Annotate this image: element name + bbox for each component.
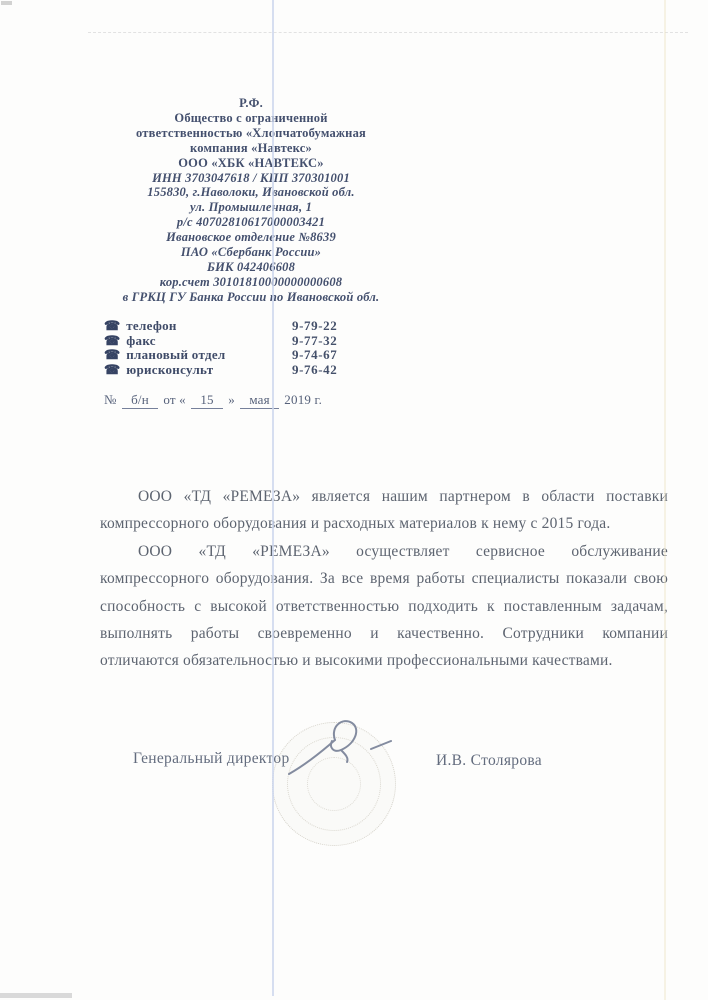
contact-number: 9-76-42 bbox=[292, 362, 337, 378]
street-line: ул. Промышленная, 1 bbox=[90, 200, 412, 215]
scan-bottom-smudge bbox=[0, 993, 72, 998]
letterhead-line: ответственностью «Хлопчатобумажная bbox=[90, 126, 412, 141]
ref-quote-close: » bbox=[228, 392, 235, 408]
ref-no-sign: № bbox=[104, 392, 117, 408]
contact-label: телефон bbox=[126, 318, 176, 333]
bank-name-line: ПАО «Сбербанк России» bbox=[90, 245, 412, 260]
contact-number: 9-74-67 bbox=[292, 347, 337, 363]
body-line: отличаются обязательностью и высокими пр… bbox=[100, 647, 668, 674]
bik-line: БИК 042406608 bbox=[90, 260, 412, 275]
fold-line-artifact bbox=[272, 0, 274, 996]
ref-day: 15 bbox=[191, 392, 222, 409]
signer-title: Генеральный директор bbox=[133, 750, 290, 768]
inn-kpp-line: ИНН 3703047618 / КПП 370301001 bbox=[90, 171, 412, 186]
body-line: способность с высокой ответственностью п… bbox=[100, 593, 668, 620]
contact-row: ☎ плановый отдел 9-74-67 bbox=[104, 347, 424, 362]
company-name: ООО «ХБК «НАВТЕКС» bbox=[90, 156, 412, 171]
letterhead-line: Общество с ограниченной bbox=[90, 111, 412, 126]
address-line: 155830, г.Наволоки, Ивановской обл. bbox=[90, 185, 412, 200]
contact-row: ☎ телефон 9-79-22 bbox=[104, 318, 424, 333]
letter-body: ООО «ТД «РЕМЕЗА» является нашим партнеро… bbox=[100, 483, 668, 675]
body-line: компрессорного оборудования и расходных … bbox=[100, 510, 668, 537]
contact-label: плановый отдел bbox=[126, 347, 225, 362]
contacts-block: ☎ телефон 9-79-22 ☎ факс 9-77-32 ☎ плано… bbox=[104, 318, 424, 377]
scanned-letter-page: Р.Ф. Общество с ограниченной ответственн… bbox=[0, 0, 708, 1000]
handwritten-signature bbox=[283, 716, 418, 786]
contact-label: факс bbox=[126, 333, 156, 348]
reference-line: № б/н от « 15 » мая 2019 г. bbox=[104, 392, 322, 409]
signer-name: И.В. Столярова bbox=[436, 752, 542, 770]
phone-icon: ☎ bbox=[104, 362, 123, 378]
letterhead: Р.Ф. Общество с ограниченной ответственн… bbox=[90, 96, 412, 305]
corr-account-line: кор.счет 30101810000000000608 bbox=[90, 275, 412, 290]
contact-number: 9-79-22 bbox=[292, 318, 337, 334]
contact-label: юрисконсульт bbox=[126, 362, 213, 377]
body-line: ООО «ТД «РЕМЕЗА» осуществляет сервисное … bbox=[100, 538, 668, 565]
body-line: ООО «ТД «РЕМЕЗА» является нашим партнеро… bbox=[100, 483, 668, 510]
letterhead-line: Р.Ф. bbox=[90, 96, 412, 111]
account-line: р/с 40702810617000003421 bbox=[90, 215, 412, 230]
bank-region-line: в ГРКЦ ГУ Банка России по Ивановской обл… bbox=[90, 290, 412, 305]
body-line: выполнять работы своевременно и качестве… bbox=[100, 620, 668, 647]
scan-corner-mark bbox=[1, 1, 12, 5]
contact-number: 9-77-32 bbox=[292, 333, 337, 349]
ref-year: 2019 г. bbox=[284, 392, 322, 408]
ref-from: от « bbox=[163, 392, 186, 408]
contact-row: ☎ юрисконсульт 9-76-42 bbox=[104, 362, 424, 377]
bank-branch-line: Ивановское отделение №8639 bbox=[90, 230, 412, 245]
phone-icon: ☎ bbox=[104, 318, 123, 334]
ref-number: б/н bbox=[122, 392, 158, 409]
contact-row: ☎ факс 9-77-32 bbox=[104, 333, 424, 348]
scan-dash-artifact bbox=[88, 32, 688, 33]
letterhead-line: компания «Навтекс» bbox=[90, 141, 412, 156]
body-line: компрессорного оборудования. За все врем… bbox=[100, 565, 668, 592]
phone-icon: ☎ bbox=[104, 347, 123, 363]
paper-edge-shadow bbox=[664, 0, 666, 1000]
phone-icon: ☎ bbox=[104, 333, 123, 349]
